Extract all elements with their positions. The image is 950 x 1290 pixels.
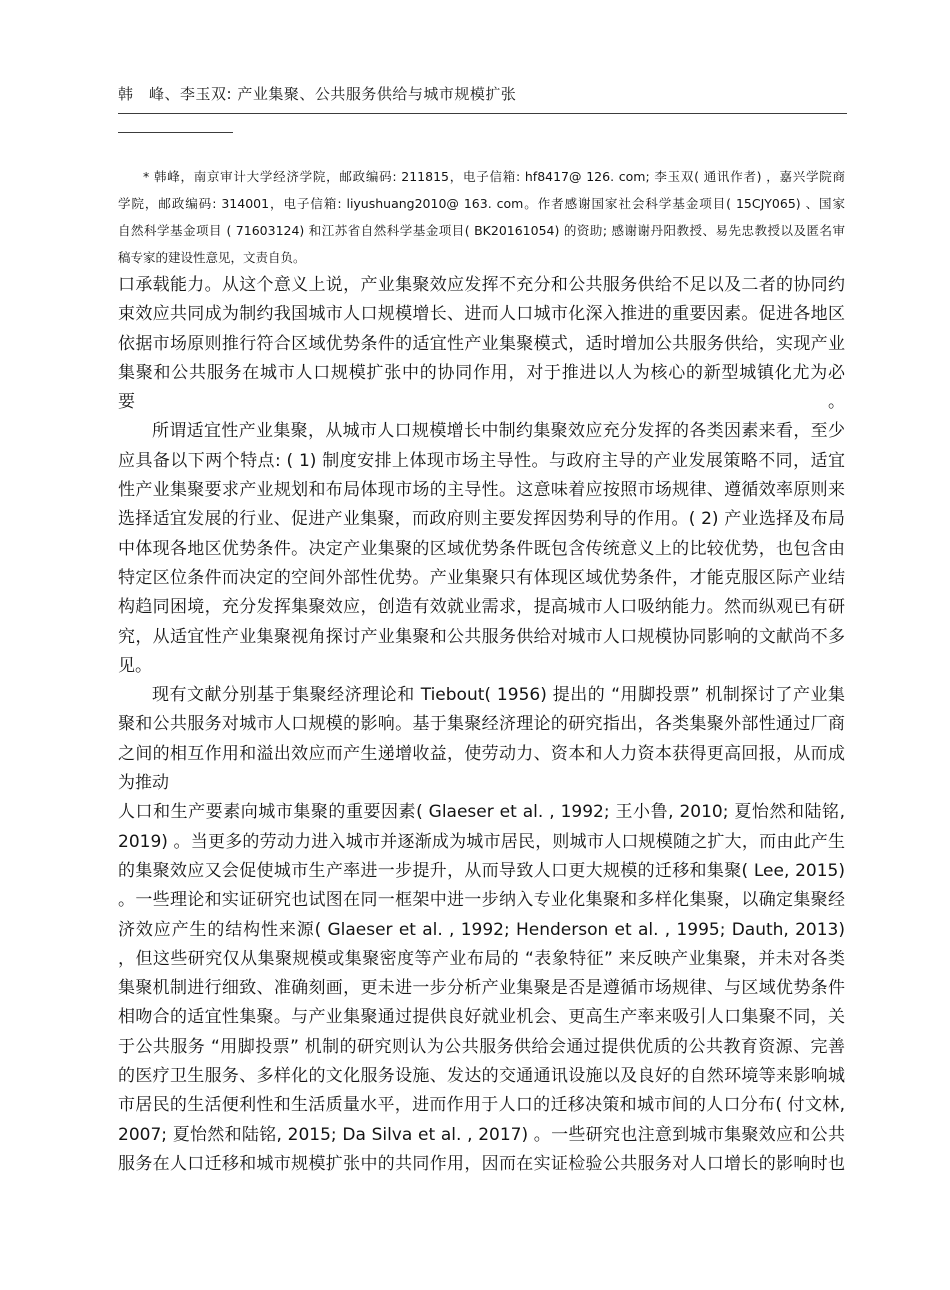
body-line: 集聚和公共服务在城市人口规模扩张中的协同作用，对于推进以人为核心的新型城镇化尤为… bbox=[118, 359, 845, 418]
body-paragraph: 现有文献分别基于集聚经济理论和 Tiebout( 1956) 提出的 “用脚投票… bbox=[118, 681, 845, 798]
body-paragraph: 人口和生产要素向城市集聚的重要因素( Glaeser et al. , 1992… bbox=[118, 798, 845, 1179]
body-line: 人口和生产要素向城市集聚的重要因素( Glaeser et al. , 1992… bbox=[118, 798, 845, 827]
body-line: 所谓适宜性产业集聚，从城市人口规模增长中制约集聚效应充分发挥的各类因素来看，至少 bbox=[118, 417, 845, 446]
body-line: 应具备以下两个特点: ( 1) 制度安排上体现市场主导性。与政府主导的产业发展策… bbox=[118, 447, 845, 476]
body-line: 究，从适宜性产业集聚视角探讨产业集聚和公共服务供给对城市人口规模协同影响的文献尚… bbox=[118, 623, 845, 652]
body-line: 。一些理论和实证研究也试图在同一框架中进一步纳入专业化集聚和多样化集聚，以确定集… bbox=[118, 886, 845, 915]
body-line: 中体现各地区优势条件。决定产业集聚的区域优势条件既包含传统意义上的比较优势，也包… bbox=[118, 535, 845, 564]
body-line: 之间的相互作用和溢出效应而产生递增收益，使劳动力、资本和人力资本获得更高回报，从… bbox=[118, 740, 845, 769]
author-footnote: * 韩峰，南京审计大学经济学院，邮政编码: 211815，电子信箱: hf841… bbox=[118, 163, 845, 271]
header-rule bbox=[118, 113, 847, 114]
body-line: 依据市场原则推行符合区域优势条件的适宜性产业集聚模式，适时增加公共服务供给，实现… bbox=[118, 330, 845, 359]
body-line: 口承载能力。从这个意义上说，产业集聚效应发挥不充分和公共服务供给不足以及二者的协… bbox=[118, 271, 845, 300]
running-header: 韩 峰、李玉双: 产业集聚、公共服务供给与城市规模扩张 bbox=[118, 84, 845, 104]
footnote-line: 自然科学基金项目 ( 71603124) 和江苏省自然科学基金项目( BK201… bbox=[118, 217, 845, 244]
footnote-paragraph: * 韩峰，南京审计大学经济学院，邮政编码: 211815，电子信箱: hf841… bbox=[118, 163, 845, 271]
body-line: 特定区位条件而决定的空间外部性优势。产业集聚只有体现区域优势条件，才能克服区际产… bbox=[118, 564, 845, 593]
page-content: 韩 峰、李玉双: 产业集聚、公共服务供给与城市规模扩张 * 韩峰，南京审计大学经… bbox=[118, 84, 845, 1179]
body-line: 济效应产生的结构性来源( Glaeser et al. , 1992; Hend… bbox=[118, 916, 845, 945]
body-line: 性产业集聚要求产业规划和布局体现市场的主导性。这意味着应按照市场规律、遵循效率原… bbox=[118, 476, 845, 505]
footnote-line: 学院，邮政编码: 314001，电子信箱: liyushuang2010@ 16… bbox=[118, 190, 845, 217]
body-line: 2019) 。当更多的劳动力进入城市并逐渐成为城市居民，则城市人口规模随之扩大，… bbox=[118, 828, 845, 857]
body-line: 见。 bbox=[118, 652, 845, 681]
body-line: 选择适宜发展的行业、促进产业集聚，而政府则主要发挥因势利导的作用。( 2) 产业… bbox=[118, 505, 845, 534]
body-line: 集聚机制进行细致、准确刻画，更未进一步分析产业集聚是否是遵循市场规律、与区域优势… bbox=[118, 974, 845, 1003]
body-line: 的集聚效应又会促使城市生产率进一步提升，从而导致人口更大规模的迁移和集聚( Le… bbox=[118, 857, 845, 886]
body-line: 现有文献分别基于集聚经济理论和 Tiebout( 1956) 提出的 “用脚投票… bbox=[118, 681, 845, 710]
body-paragraph: 口承载能力。从这个意义上说，产业集聚效应发挥不充分和公共服务供给不足以及二者的协… bbox=[118, 271, 845, 417]
footnote-line: 稿专家的建设性意见，文责自负。 bbox=[118, 244, 845, 271]
body-line: 于公共服务 “用脚投票” 机制的研究则认为公共服务供给会通过提供优质的公共教育资… bbox=[118, 1033, 845, 1062]
body-line: 构趋同困境，充分发挥集聚效应，创造有效就业需求，提高城市人口吸纳能力。然而纵观已… bbox=[118, 593, 845, 622]
body-line: 2007; 夏怡然和陆铭, 2015; Da Silva et al. , 20… bbox=[118, 1121, 845, 1150]
body-line: 聚和公共服务对城市人口规模的影响。基于集聚经济理论的研究指出，各类集聚外部性通过… bbox=[118, 710, 845, 739]
body-line: 相吻合的适宜性集聚。与产业集聚通过提供良好就业机会、更高生产率来吸引人口集聚不同… bbox=[118, 1003, 845, 1032]
document-page: 韩 峰、李玉双: 产业集聚、公共服务供给与城市规模扩张 * 韩峰，南京审计大学经… bbox=[0, 0, 950, 1290]
body-line: ，但这些研究仅从集聚规模或集聚密度等产业布局的 “表象特征” 来反映产业集聚，并… bbox=[118, 945, 845, 974]
body-line: 为推动 bbox=[118, 769, 845, 798]
body-line: 的医疗卫生服务、多样化的文化服务设施、发达的交通通讯设施以及良好的自然环境等来影… bbox=[118, 1062, 845, 1091]
body-line: 市居民的生活便利性和生活质量水平，进而作用于人口的迁移决策和城市间的人口分布( … bbox=[118, 1091, 845, 1120]
body-line: 束效应共同成为制约我国城市人口规模增长、进而人口城市化深入推进的重要因素。促进各… bbox=[118, 300, 845, 329]
footnote-separator-rule bbox=[118, 132, 233, 133]
body-text: 口承载能力。从这个意义上说，产业集聚效应发挥不充分和公共服务供给不足以及二者的协… bbox=[118, 271, 845, 1179]
body-line: 服务在人口迁移和城市规模扩张中的共同作用，因而在实证检验公共服务对人口增长的影响… bbox=[118, 1150, 845, 1179]
footnote-line: * 韩峰，南京审计大学经济学院，邮政编码: 211815，电子信箱: hf841… bbox=[118, 163, 845, 190]
body-paragraph: 所谓适宜性产业集聚，从城市人口规模增长中制约集聚效应充分发挥的各类因素来看，至少… bbox=[118, 417, 845, 681]
